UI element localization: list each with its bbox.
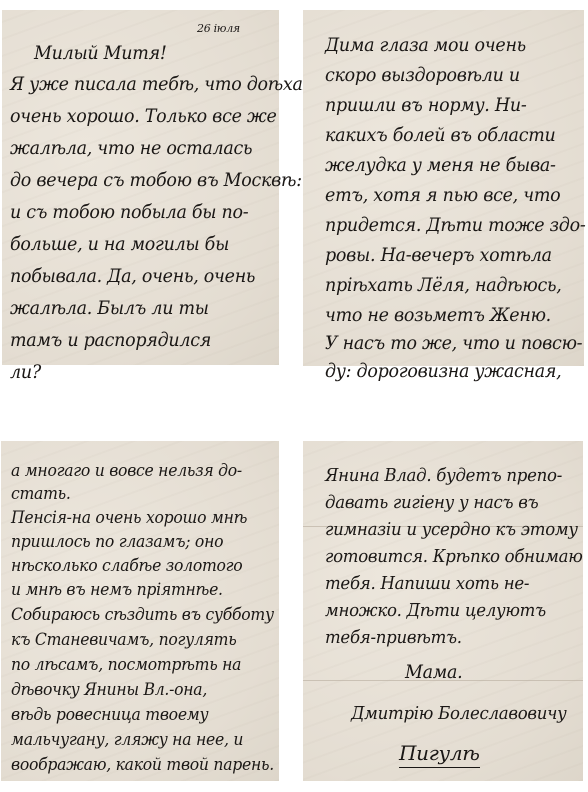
salutation: Милый Митя! [34,44,167,63]
text-line: придется. Дѣти тоже здо- [325,216,586,235]
text-line: готовится. Крѣпко обнимаю [325,548,583,566]
letter-page-4: Янина Влад. будетъ препо- давать гигiену… [303,441,583,781]
text-line: больше, и на могилы бы [10,235,229,254]
text-line: стать. [11,486,71,503]
text-line: дѣвочку Янины Вл.-она, [11,682,207,699]
text-line: по лѣсамъ, посмотрѣть на [11,657,241,674]
text-line: Я уже писала тебѣ, что доѣхала [10,75,324,94]
text-line: Пенсiя-на очень хорошо мнѣ [11,510,247,527]
text-line: и съ тобою побыла бы по- [10,203,248,222]
address-recipient-surname: Пигулѣ [399,741,480,768]
text-line: что не возьметъ Женю. [325,306,551,325]
text-line: пришли въ норму. Ни- [325,96,526,115]
text-line: къ Станевичамъ, погулять [11,632,236,649]
text-line: а многаго и вовсе нельзя до- [11,463,242,480]
text-line: множко. Дѣти целуютъ [325,602,546,620]
text-line: Янина Влад. будетъ препо- [325,467,562,485]
address-recipient-name: Дмитрiю Болеславовичу [351,703,567,724]
text-line: тамъ и распорядился [10,331,211,350]
text-line: скоро выздоровѣли и [325,66,520,85]
text-line: Дима глаза мои очень [325,36,526,55]
text-line: тебя-привѣтъ. [325,629,462,647]
text-line: У насъ то же, что и повсю- [325,334,582,353]
text-line: етъ, хотя я пью все, что [325,186,560,205]
text-line: желудка у меня не быва- [325,156,556,175]
text-line: тебя. Напиши хоть не- [325,575,529,593]
letter-page-2: Дима глаза мои очень скоро выздоровѣли и… [303,10,584,366]
text-line: ли? [10,363,41,382]
text-line: очень хорошо. Только все же [10,107,277,126]
letter-date: 26 iюля [197,22,240,35]
text-line: воображаю, какой твой парень. [11,757,274,774]
text-line: прiѣхать Лёля, надѣюсь, [325,276,561,295]
text-line: побывала. Да, очень, очень [10,267,255,286]
text-line: ровы. На-вечеръ хотѣла [325,246,552,265]
letter-page-1: 26 iюля Милый Митя! Я уже писала тебѣ, ч… [2,10,279,365]
text-line: жалѣла. Былъ ли ты [10,299,209,318]
text-line: давать гигiену у насъ въ [325,494,538,512]
text-line: и мнѣ въ немъ прiятнѣе. [11,582,223,599]
text-line: пришлось по глазамъ; оно [11,534,223,551]
text-line: какихъ болей въ области [325,126,556,145]
text-line: Собираюсь сѣздить въ субботу [11,607,274,624]
text-line: нѣсколько слабѣе золотого [11,558,242,575]
letter-page-3: а многаго и вовсе нельзя до- стать. Пенс… [1,441,279,781]
text-line: до вечера съ тобою въ Москвѣ: [10,171,302,190]
text-line: вѣдь ровесница твоему [11,707,208,724]
text-line: жалѣла, что не осталась [10,139,252,158]
fold-line [303,680,583,681]
text-line: гимназiи и усердно къ этому [325,521,578,539]
text-line: ду: дороговизна ужасная, [325,362,561,381]
text-line: мальчугану, гляжу на нее, и [11,732,243,749]
